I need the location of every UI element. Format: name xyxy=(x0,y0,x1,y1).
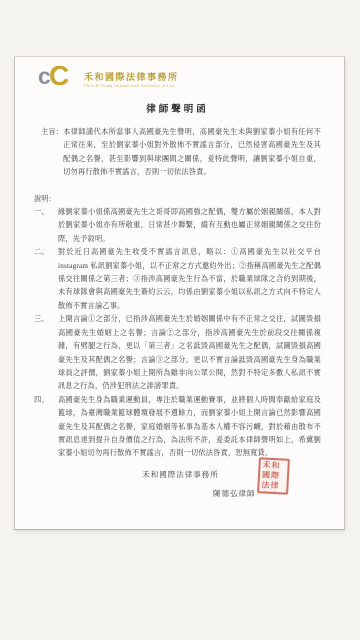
explanation-label: 說明： xyxy=(34,193,321,206)
item-text: 對於近日高國豪先生收受不實謠言訊息，略以：①高國豪先生以社交平台 instagr… xyxy=(58,246,321,313)
signature-block: 禾和國際法律事務所 陳德弘律師 xyxy=(15,469,345,499)
statement-letter-page: c C 禾和國際法律事務所 Chen & Chang International… xyxy=(14,56,345,530)
signature-firm-name: 禾和國際法律事務所 xyxy=(15,469,345,480)
firm-tagline: Chen & Chang International Attorneys at … xyxy=(84,83,179,88)
item-number: 一、 xyxy=(34,206,58,246)
item-number: 三、 xyxy=(34,313,58,393)
red-seal-stamp: 禾和國際法律事務所 xyxy=(257,457,290,495)
item-text: 高國豪先生身為職業運動員，專注於職業運動賽事，並將個人時間奉獻給家庭及籃球，為臺… xyxy=(58,394,321,461)
item-text: 緣劉家蓁小姐係高國豪先生之哥哥即高國強之配偶，雙方屬於姻親關係，本人對於劉家蓁小… xyxy=(58,206,321,246)
list-item-3: 三、 上開言論①之部分，已指涉高國豪先生於婚姻關係中有不正常之交往，試圖毀損高國… xyxy=(34,313,321,393)
seal-text: 禾和國際法律事務所 xyxy=(260,460,286,494)
firm-name: 禾和國際法律事務所 xyxy=(84,72,179,82)
list-item-4: 四、 高國豪先生身為職業運動員，專注於職業運動賽事，並將個人時間奉獻給家庭及籃球… xyxy=(34,394,321,461)
subject-text: 本律師謹代本所當事人高國豪先生聲明，高國豪先生未與劉家蓁小姐有任何不正常往來，至… xyxy=(63,126,321,180)
item-number: 四、 xyxy=(34,394,58,461)
monogram-letter-gold: C xyxy=(49,60,69,92)
list-item-2: 二、 對於近日高國豪先生收受不實謠言訊息，略以：①高國豪先生以社交平台 inst… xyxy=(34,246,321,313)
subject-paragraph: 主旨： 本律師謹代本所當事人高國豪先生聲明，高國豪先生未與劉家蓁小姐有任何不正常… xyxy=(41,126,321,180)
subject-label: 主旨： xyxy=(41,126,63,180)
signature-lawyer-name: 陳德弘律師 xyxy=(15,488,345,499)
firm-logo: c C 禾和國際法律事務所 Chen & Chang International… xyxy=(38,67,321,95)
item-text: 上開言論①之部分，已指涉高國豪先生於婚姻關係中有不正常之交往，試圖毀損高國豪先生… xyxy=(58,313,321,393)
firm-logo-text: 禾和國際法律事務所 Chen & Chang International Att… xyxy=(84,67,179,88)
firm-monogram-icon: c C xyxy=(38,67,78,94)
document-title: 律師聲明函 xyxy=(34,101,321,115)
list-item-1: 一、 緣劉家蓁小姐係高國豪先生之哥哥即高國強之配偶，雙方屬於姻親關係，本人對於劉… xyxy=(34,206,321,246)
item-number: 二、 xyxy=(34,246,58,313)
screenshot-root: { "firm": { "monogram_c1": "c", "monogra… xyxy=(0,0,360,640)
